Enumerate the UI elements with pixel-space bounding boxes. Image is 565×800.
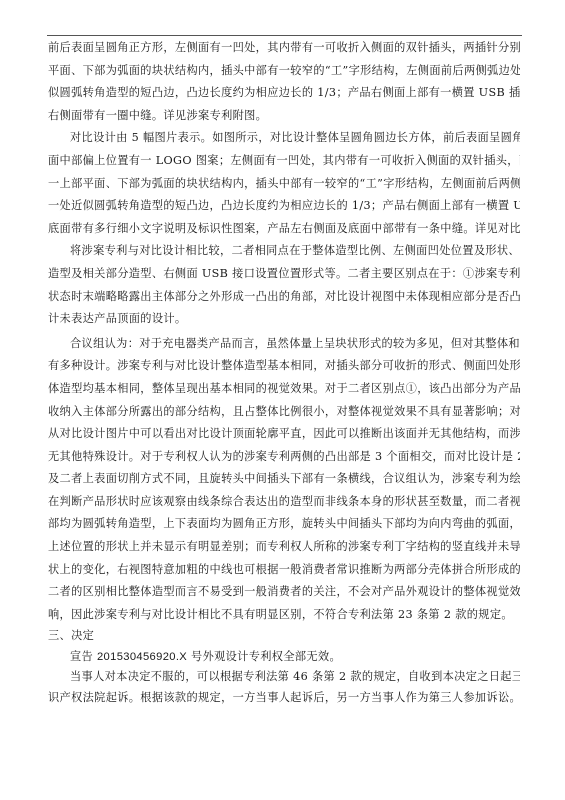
text-line: 前后表面呈圆角正方形，左侧面有一凹处，其内带有一可收折入侧面的双针插头，两插针分… (48, 37, 520, 60)
text-line: 一上部平面、下部为弧面的块状结构内，插头中部有一较窄的“工”字形结构，左侧面前后… (48, 173, 520, 196)
paragraph-comparison: 将涉案专利与对比设计相比较，二者相同点在于整体造型比例、左侧面凹处位置及形状、可… (48, 240, 520, 330)
text-line: 收纳入主体部分所露出的部分结构，且占整体比例很小，对整体视觉效果不具有显著影响；… (48, 401, 520, 424)
declaration-line: 宣告 201530456920.X 号外观设计专利权全部无效。 (48, 647, 520, 668)
text-line: 从对比设计图片中可以看出对比设计顶面轮廓平直，因此可以推断出该面并无其他结构，而… (48, 423, 520, 446)
text-line: 响，因此涉案专利与对比设计相比不具有明显区别，不符合专利法第 23 条第 2 款… (48, 604, 520, 627)
text-line: 造型及相关部分造型、右侧面 USB 接口设置位置形式等。二者主要区别点在于：①涉… (48, 263, 520, 286)
header-rule (47, 35, 522, 36)
text-line: 似圆弧转角造型的短凸边，凸边长度约为相应边长的 1/3；产品右侧面上部有一横置 … (48, 82, 520, 105)
section-decision: 三、决定 宣告 201530456920.X 号外观设计专利权全部无效。 当事人… (48, 626, 520, 708)
paragraph-panel-opinion: 合议组认为：对于充电器类产品而言，虽然体量上呈块状形式的较为多见，但对其整体和局… (48, 333, 520, 627)
text-line: 计未表达产品顶面的设计。 (48, 308, 520, 331)
text-line: 二者的区别相比整体造型而言不易受到一般消费者的关注，不会对产品外观设计的整体视觉… (48, 581, 520, 604)
text-line: 右侧面带有一圈中缝。详见涉案专利附图。 (48, 105, 520, 128)
declaration-prefix: 宣告 (70, 650, 97, 663)
text-line: 对比设计由 5 幅图片表示。如图所示，对比设计整体呈圆角圆边长方体，前后表面呈圆… (48, 127, 520, 150)
text-line: 底面带有多行细小文字说明及标识性图案，产品左右侧面及底面中部带有一条中缝。详见对… (48, 218, 520, 241)
text-line: 上述位置的形状上并未显示有明显差别；而专利权人所称的涉案专利丁字结构的竖直线并未… (48, 536, 520, 559)
text-line: 将涉案专利与对比设计相比较，二者相同点在于整体造型比例、左侧面凹处位置及形状、可… (48, 240, 520, 263)
text-line: 在判断产品形状时应该观察由线条综合表达出的造型而非线条本身的形状甚至数量，而二者… (48, 491, 520, 514)
appeal-line: 当事人对本决定不服的，可以根据专利法第 46 条第 2 款的规定，自收到本决定之… (48, 667, 520, 688)
text-line: 平面、下部为弧面的块状结构内，插头中部有一较窄的“工”字形结构，左侧面前后两侧弧… (48, 60, 520, 83)
section-heading: 三、决定 (48, 626, 520, 647)
text-line: 面中部偏上位置有一 LOGO 图案；左侧面有一凹处，其内带有一可收折入侧面的双针… (48, 150, 520, 173)
text-line: 一处近似圆弧转角造型的短凸边，凸边长度约为相应边长的 1/3；产品右侧面上部有一… (48, 195, 520, 218)
text-line: 合议组认为：对于充电器类产品而言，虽然体量上呈块状形式的较为多见，但对其整体和局… (48, 333, 520, 356)
document-body: 前后表面呈圆角正方形，左侧面有一凹处，其内带有一可收折入侧面的双针插头，两插针分… (48, 37, 520, 708)
declaration-suffix: 号外观设计专利权全部无效。 (187, 650, 341, 663)
text-line: 体造型均基本相同，整体呈现出基本相同的视觉效果。对于二者区别点①，该凸出部分为产… (48, 378, 520, 401)
patent-number: 201530456920.X (97, 651, 187, 663)
text-line: 部均为圆弧转角造型，上下表面均为圆角正方形，旋转头中间插头下部均为向内弯曲的弧面… (48, 513, 520, 536)
document-page: 前后表面呈圆角正方形，左侧面有一凹处，其内带有一可收折入侧面的双针插头，两插针分… (0, 0, 565, 800)
text-line: 状态时末端略略露出主体部分之外形成一凸出的角部，对比设计视图中未体现相应部分是否… (48, 286, 520, 309)
paragraph-patent-description: 前后表面呈圆角正方形，左侧面有一凹处，其内带有一可收折入侧面的双针插头，两插针分… (48, 37, 520, 127)
paragraph-comparison-design: 对比设计由 5 幅图片表示。如图所示，对比设计整体呈圆角圆边长方体，前后表面呈圆… (48, 127, 520, 240)
text-line: 及二者上表面切削方式不同，且旋转头中间插头下部有一条横线，合议组认为，涉案专利为… (48, 468, 520, 491)
text-line: 有多种设计。涉案专利与对比设计整体造型基本相同，对插头部分可收折的形式、侧面凹处… (48, 355, 520, 378)
appeal-line: 识产权法院起诉。根据该款的规定，一方当事人起诉后，另一方当事人作为第三人参加诉讼… (48, 688, 520, 709)
text-line: 无其他特殊设计。对于专利权人认为的涉案专利两侧的凸出部是 3 个面相交，而对比设… (48, 446, 520, 469)
text-line: 状上的变化，右视图特意加粗的中线也可根据一般消费者常识推断为两部分壳体拼合所形成… (48, 559, 520, 582)
